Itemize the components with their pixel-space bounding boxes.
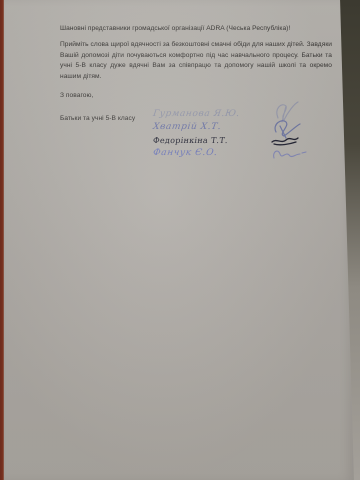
handwritten-name: Гурманова Я.Ю. [152, 108, 264, 121]
letter-body: Прийміть слова щирої вдячності за безкош… [60, 40, 332, 82]
signatures-icon [256, 98, 316, 168]
signature-block: Батьки та учні 5-В класу Гурманова Я.Ю. … [60, 112, 332, 172]
paper-sheet: Шановні представники громадської організ… [4, 0, 354, 480]
signature-3-icon [272, 138, 298, 145]
handwritten-names-list: Гурманова Я.Ю. Хватрій Х.Т. Федорінкіна … [153, 108, 263, 160]
signature-2-icon [275, 121, 300, 138]
letter: Шановні представники громадської організ… [60, 24, 332, 172]
signatory-label: Батьки та учні 5-В класу [60, 114, 135, 124]
letter-closing: З повагою, [60, 91, 332, 101]
photo-scene: Шановні представники громадської організ… [0, 0, 360, 480]
letter-salutation: Шановні представники громадської організ… [60, 24, 332, 34]
handwritten-name: Федорінкіна Т.Т. [152, 134, 264, 147]
signature-4-icon [274, 151, 306, 158]
handwritten-name: Фанчук Є.О. [152, 147, 264, 160]
signature-1-icon [277, 102, 298, 122]
signatures-group [256, 98, 316, 168]
handwritten-name: Хватрій Х.Т. [152, 121, 264, 134]
